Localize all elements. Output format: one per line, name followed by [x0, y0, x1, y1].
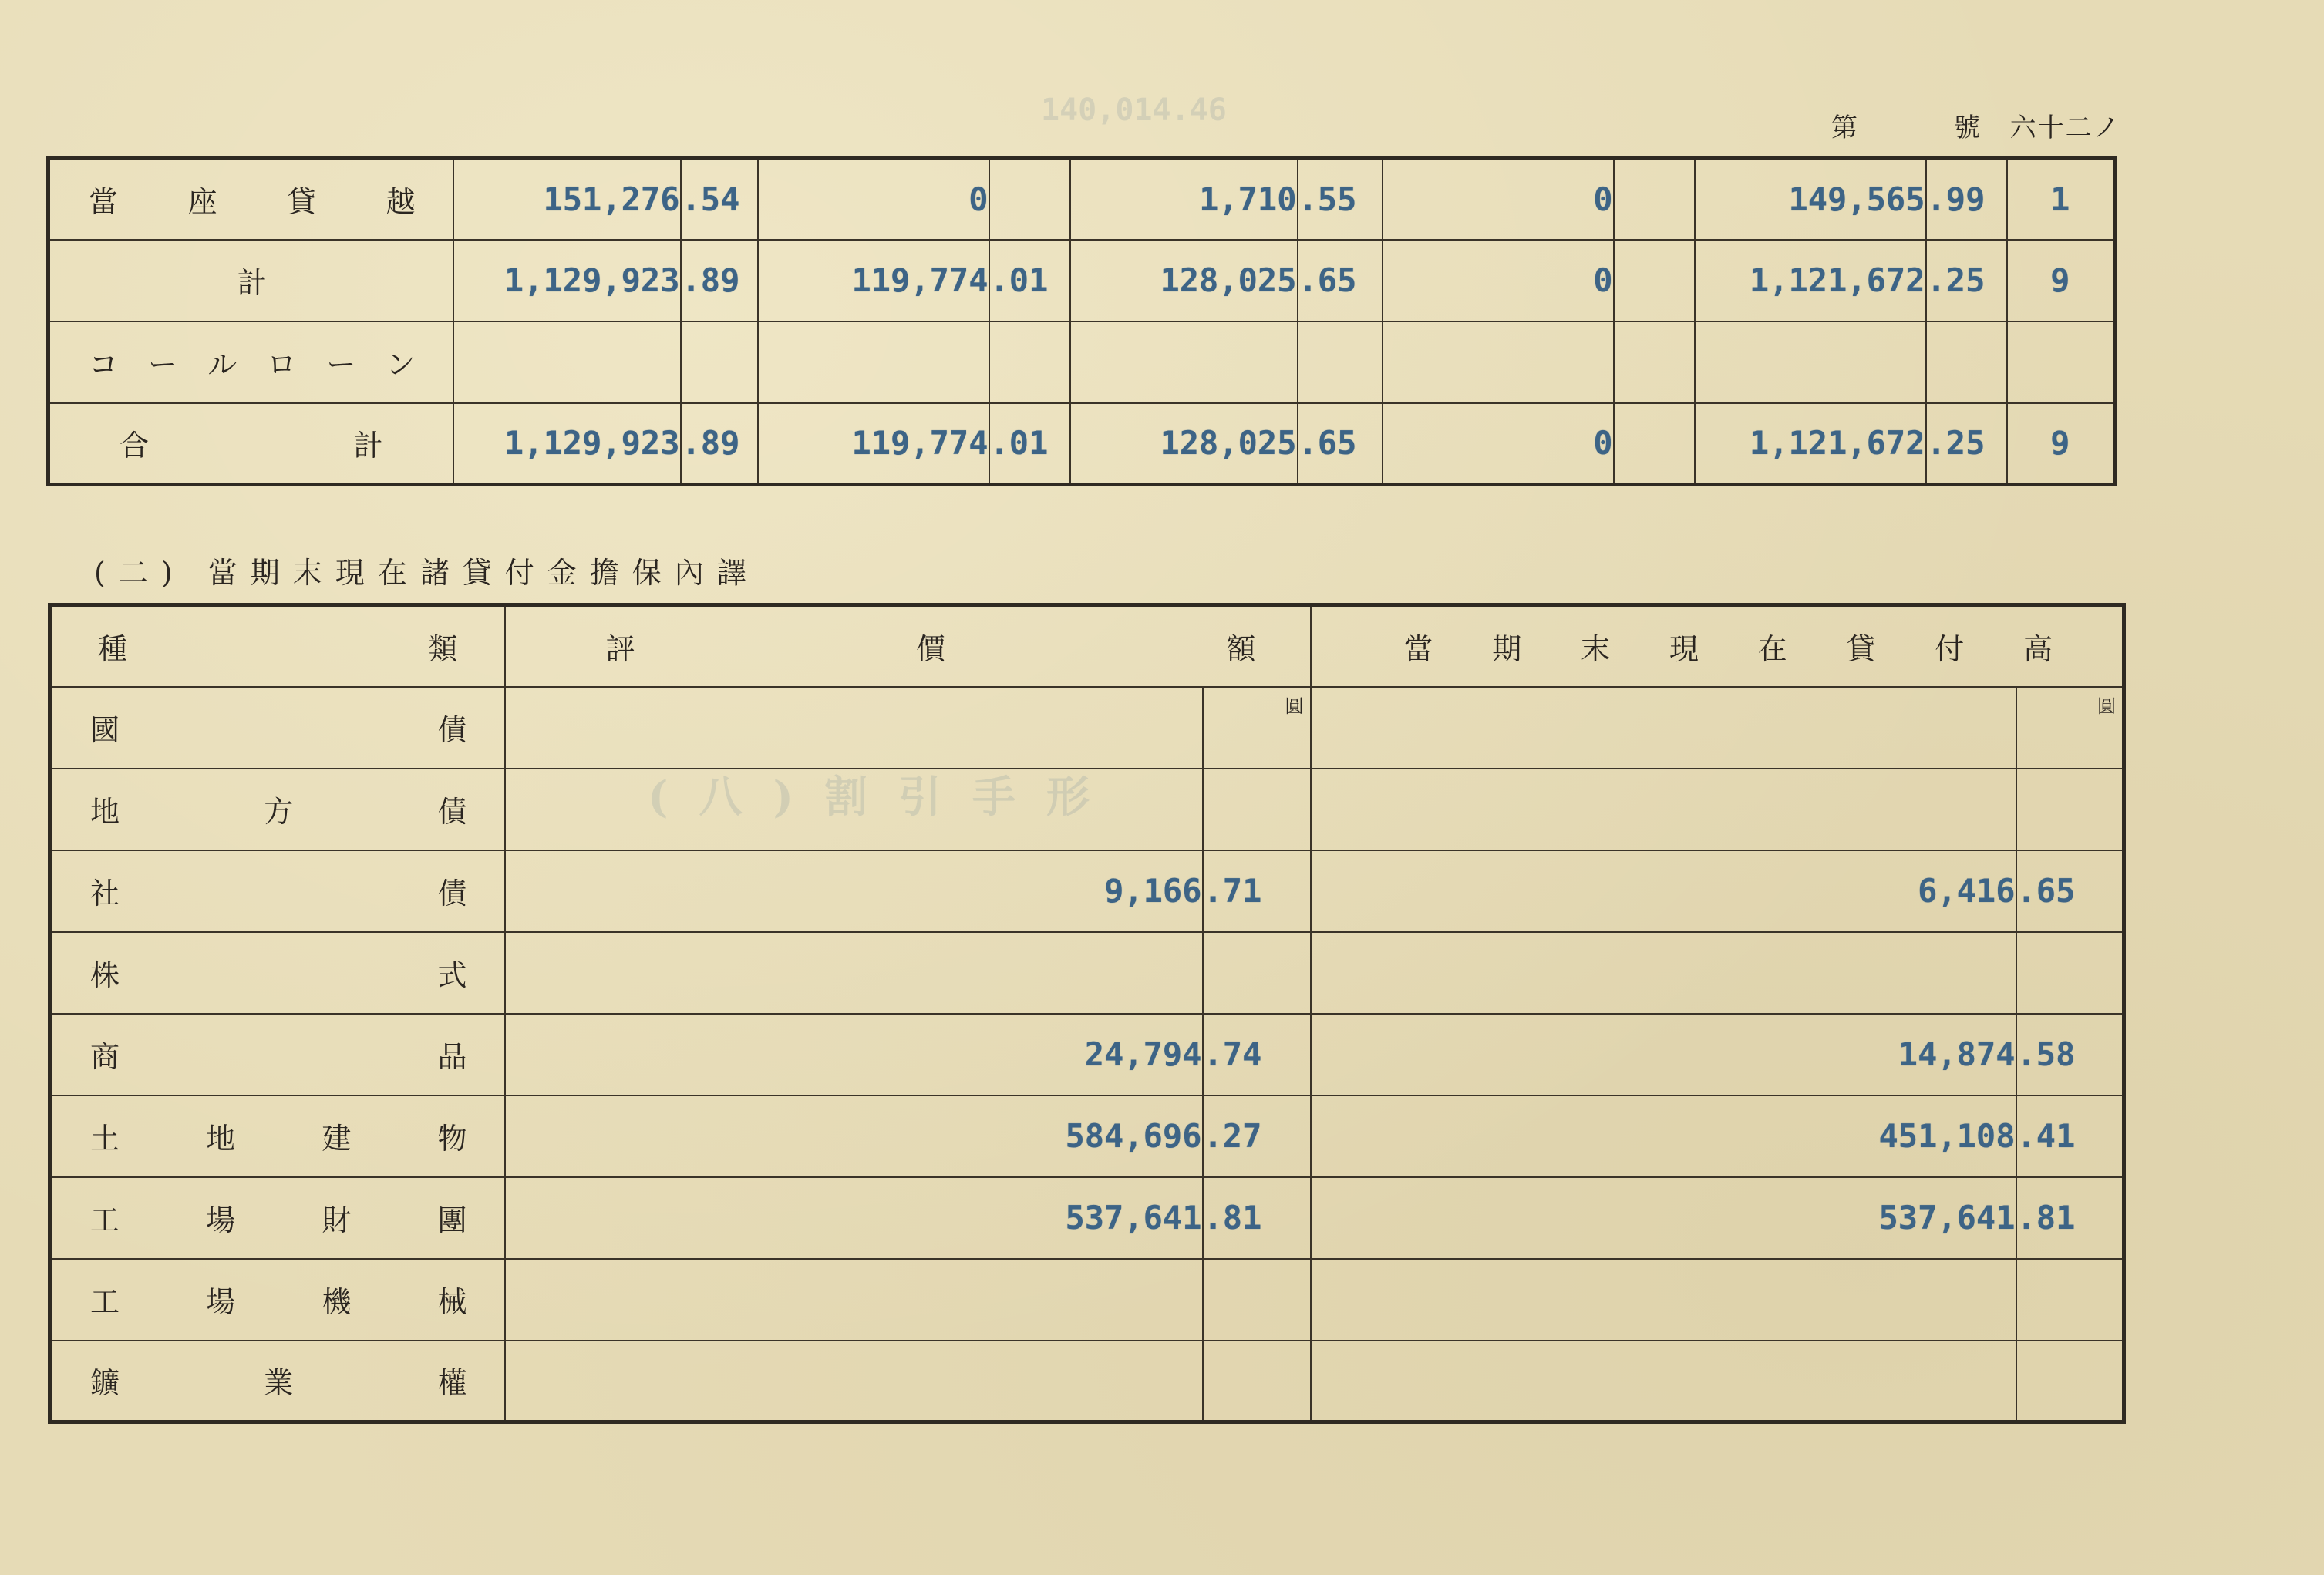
amount-decimal: .54 [682, 180, 757, 218]
collateral-type: 社債 [52, 870, 504, 912]
label-char: 團 [437, 1196, 466, 1239]
label-char: 貸 [1846, 625, 1875, 668]
collateral-breakdown-table: 種類 評價額 當期末現在貸付高 國債圓圓地方債社債9,166.716,416.6… [48, 603, 2126, 1424]
balance-integer: 6,416 [1312, 872, 2016, 910]
label-char: ー [326, 341, 355, 383]
label-char: 計 [353, 422, 382, 464]
appraisal-integer: 537,641 [506, 1199, 1202, 1237]
table-row: 工場財團537,641.81537,641.81 [50, 1177, 2124, 1259]
label-char: 場 [206, 1196, 235, 1239]
label-char: 合 [120, 422, 149, 464]
label-char: 機 [322, 1278, 351, 1321]
label-char: 權 [437, 1359, 466, 1402]
collateral-type: 株式 [52, 951, 504, 994]
label-char: ン [386, 341, 415, 383]
table-row: 合計1,129,923.89119,774.01128,025.6501,121… [49, 403, 2115, 485]
collateral-type: 工場財團 [52, 1196, 504, 1239]
label-char: 地 [90, 788, 120, 830]
amount-decimal: .65 [1298, 261, 1382, 299]
count-value: 9 [2008, 261, 2113, 299]
label-char: ロ [267, 341, 296, 383]
page-number-suffix: 號 [1954, 113, 2000, 143]
label-char: コ [89, 341, 118, 383]
table-row: 株式 [50, 932, 2124, 1014]
amount-decimal: .01 [990, 424, 1069, 462]
balance-integer: 14,874 [1312, 1035, 2016, 1073]
amount-integer: 151,276 [454, 180, 680, 218]
label-char: 鑛 [90, 1359, 120, 1402]
appraisal-decimal: .81 [1204, 1199, 1310, 1237]
table-row: 國債圓圓 [50, 687, 2124, 769]
balance-decimal: .81 [2017, 1199, 2123, 1237]
row-label: 當座貸越 [50, 178, 453, 220]
collateral-type: 國債 [52, 706, 504, 749]
header-balance: 當期末現在貸付高 [1312, 625, 2123, 668]
row-label: コールローン [50, 341, 453, 383]
balance-integer: 451,108 [1312, 1117, 2016, 1155]
appraisal-decimal: .74 [1204, 1035, 1310, 1073]
amount-decimal: .25 [1927, 261, 2006, 299]
label-char: 方 [264, 788, 293, 830]
appraisal-integer: 9,166 [506, 872, 1202, 910]
label-char: 末 [1581, 625, 1610, 668]
label-char: 付 [1935, 625, 1964, 668]
label-char: 工 [90, 1196, 120, 1239]
page-number-value: 六十二ノ [2010, 113, 2121, 143]
amount-decimal: .65 [1298, 424, 1382, 462]
amount-integer: 1,129,923 [454, 424, 680, 462]
table-row: 計1,129,923.89119,774.01128,025.6501,121,… [49, 240, 2115, 321]
table-row: 鑛業權 [50, 1341, 2124, 1422]
table-row: 地方債 [50, 769, 2124, 850]
amount-integer: 0 [759, 180, 989, 218]
page-number-prefix: 第 [1831, 113, 1859, 143]
amount-integer: 119,774 [759, 261, 989, 299]
label-char: 類 [428, 625, 457, 668]
label-char: 品 [437, 1033, 466, 1075]
amount-integer: 128,025 [1071, 261, 1297, 299]
label-char: 式 [437, 951, 466, 994]
label-char: 期 [1492, 625, 1521, 668]
amount-integer: 149,565 [1696, 180, 1925, 218]
bleed-through-text: 140,014.46 [1041, 93, 1227, 128]
appraisal-decimal: .71 [1204, 872, 1310, 910]
unit-yen: 圓 [2097, 691, 2116, 718]
label-char: 高 [2023, 625, 2053, 668]
amount-integer: 0 [1383, 180, 1613, 218]
label-char: 工 [90, 1278, 120, 1321]
amount-decimal: .99 [1927, 180, 2006, 218]
label-char: 在 [1758, 625, 1787, 668]
amount-decimal: .25 [1927, 424, 2006, 462]
collateral-type: 商品 [52, 1033, 504, 1075]
label-char: 財 [322, 1196, 351, 1239]
amount-integer: 0 [1383, 424, 1613, 462]
header-appraisal: 評價額 [506, 625, 1310, 668]
unit-yen: 圓 [1285, 691, 1304, 718]
label-char: 種 [98, 625, 127, 668]
amount-integer: 128,025 [1071, 424, 1297, 462]
table-row: 土地建物584,696.27451,108.41 [50, 1095, 2124, 1177]
collateral-type: 鑛業權 [52, 1359, 504, 1402]
label-char: 價 [916, 625, 945, 668]
amount-integer: 1,710 [1071, 180, 1297, 218]
table-row: 社債9,166.716,416.65 [50, 850, 2124, 932]
label-char: 土 [90, 1115, 120, 1157]
amount-integer: 1,121,672 [1696, 424, 1925, 462]
row-label: 合計 [50, 422, 453, 464]
header-row: 種類 評價額 當期末現在貸付高 [50, 605, 2124, 687]
label-char: 業 [264, 1359, 293, 1402]
collateral-type: 土地建物 [52, 1115, 504, 1157]
header-type: 種類 [52, 625, 504, 668]
amount-integer: 1,129,923 [454, 261, 680, 299]
label-char: 社 [90, 870, 120, 912]
row-label: 計 [50, 259, 453, 301]
amount-integer: 0 [1383, 261, 1613, 299]
appraisal-decimal: .27 [1204, 1117, 1310, 1155]
loan-summary-table: 當座貸越151,276.5401,710.550149,565.991計1,12… [46, 156, 2117, 486]
label-char: 械 [437, 1278, 466, 1321]
amount-decimal: .01 [990, 261, 1069, 299]
table-row: 商品24,794.7414,874.58 [50, 1014, 2124, 1095]
label-char: 債 [437, 870, 466, 912]
label-char: 物 [437, 1115, 466, 1157]
amount-decimal: .55 [1298, 180, 1382, 218]
label-char: 座 [187, 178, 217, 220]
table-row: 當座貸越151,276.5401,710.550149,565.991 [49, 158, 2115, 240]
appraisal-integer: 24,794 [506, 1035, 1202, 1073]
label-char: 貸 [287, 178, 316, 220]
amount-integer: 1,121,672 [1696, 261, 1925, 299]
balance-decimal: .41 [2017, 1117, 2123, 1155]
label-char: 越 [386, 178, 415, 220]
label-char: 債 [437, 706, 466, 749]
label-char: 現 [1669, 625, 1699, 668]
label-char: ル [207, 341, 237, 383]
balance-decimal: .58 [2017, 1035, 2123, 1073]
amount-integer: 119,774 [759, 424, 989, 462]
appraisal-integer: 584,696 [506, 1117, 1202, 1155]
collateral-type: 地方債 [52, 788, 504, 830]
label-char: 地 [206, 1115, 235, 1157]
section-title: (二) 當期末現在諸貸付金擔保內譯 [94, 549, 760, 591]
amount-decimal: .89 [682, 424, 757, 462]
table-row: 工場機械 [50, 1259, 2124, 1341]
label-char: 建 [322, 1115, 351, 1157]
count-value: 1 [2008, 180, 2113, 218]
count-value: 9 [2008, 424, 2113, 462]
label-char: ー [148, 341, 177, 383]
label-char: 計 [237, 259, 267, 301]
balance-decimal: .65 [2017, 872, 2123, 910]
collateral-type: 工場機械 [52, 1278, 504, 1321]
amount-decimal: .89 [682, 261, 757, 299]
label-char: 國 [90, 706, 120, 749]
label-char: 場 [206, 1278, 235, 1321]
label-char: 額 [1227, 625, 1256, 668]
label-char: 當 [1404, 625, 1433, 668]
balance-integer: 537,641 [1312, 1199, 2016, 1237]
table-row: コールローン [49, 321, 2115, 403]
label-char: 當 [89, 178, 118, 220]
label-char: 商 [90, 1033, 120, 1075]
page-number: 第 號 六十二ノ [1831, 106, 2121, 144]
label-char: 評 [606, 625, 635, 668]
label-char: 債 [437, 788, 466, 830]
label-char: 株 [90, 951, 120, 994]
